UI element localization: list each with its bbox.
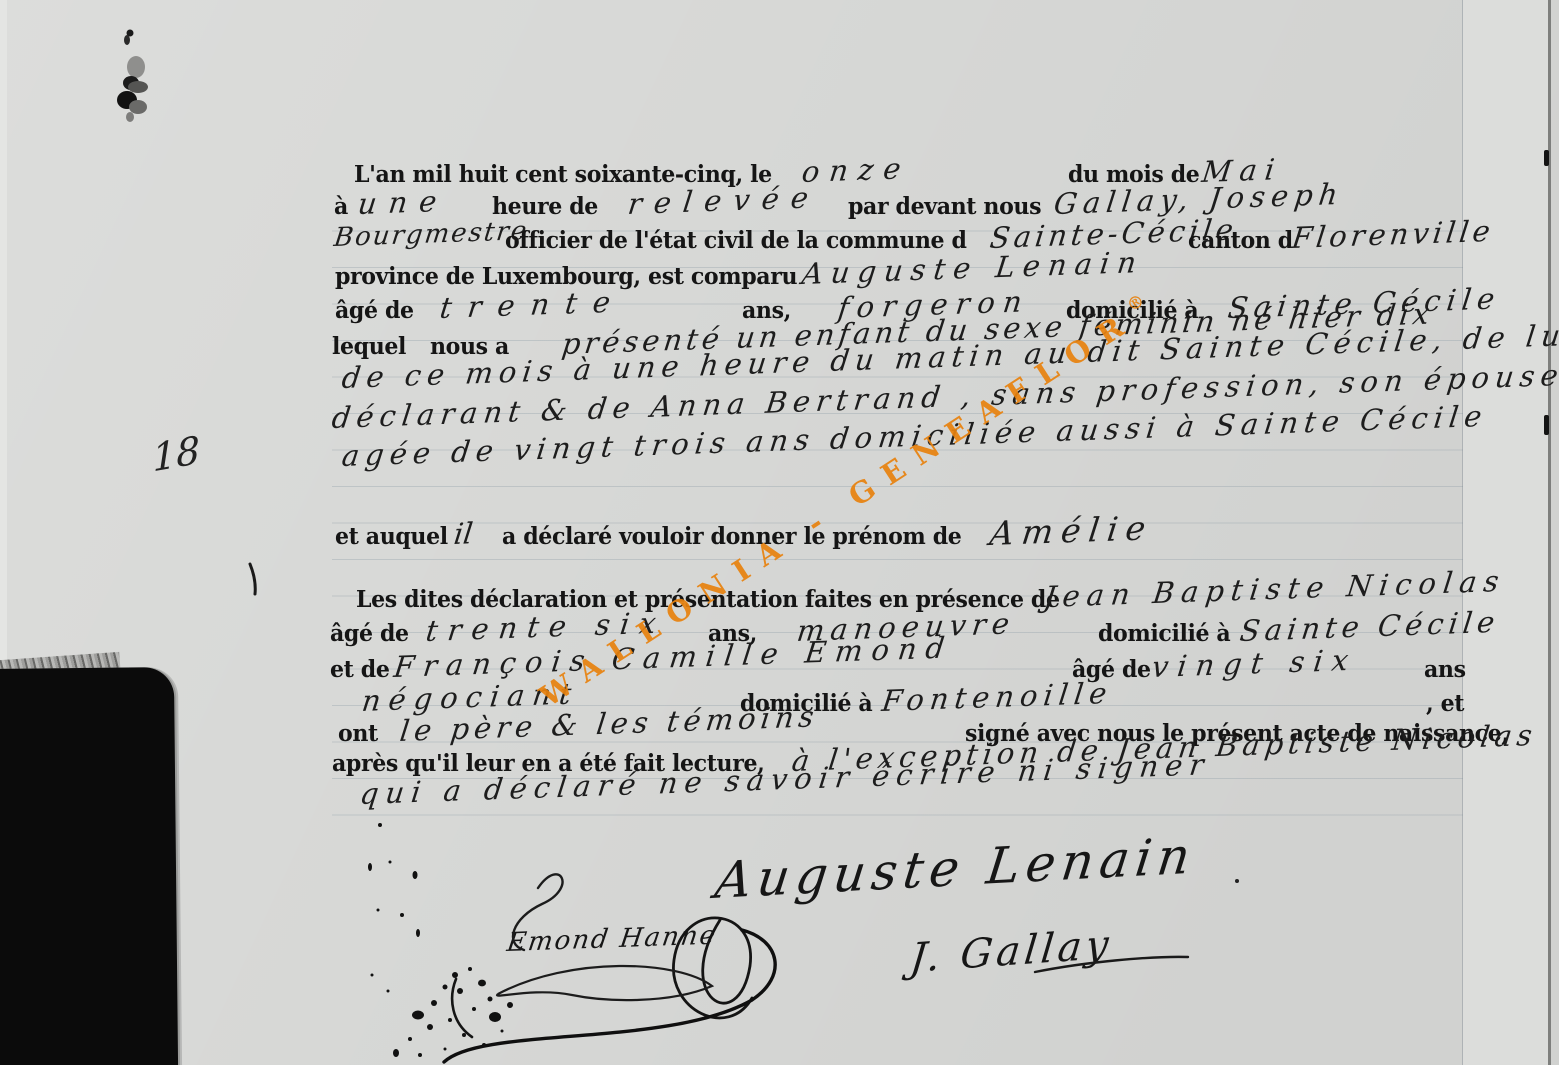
handwritten-text: vingt six	[1150, 643, 1359, 684]
handwritten-text: Fontenoille	[880, 676, 1115, 718]
printed-text: à	[334, 190, 348, 224]
printed-text: par devant nous	[848, 190, 1041, 224]
printed-text: , et	[1426, 687, 1464, 721]
printed-text: canton d	[1188, 224, 1293, 258]
document-line: qui a déclaré ne savoir écrire ni signer	[0, 780, 1559, 816]
document-line: et auquelila déclaré vouloir donner le p…	[0, 520, 1559, 556]
handwritten-text: Florenville	[1290, 214, 1496, 255]
document-line: et deFrançois Camille Emondâgé devingt s…	[0, 653, 1559, 689]
printed-text: ont	[338, 717, 378, 751]
document-scan: 18 L'an mil huit cent soixante-cinq, leo…	[0, 0, 1559, 1065]
handwritten-text: une	[356, 184, 451, 221]
printed-text: domicilié à	[1098, 617, 1230, 651]
printed-text: ans	[1424, 653, 1466, 687]
printed-text: et de	[330, 653, 390, 687]
printed-text: et auquel	[335, 520, 448, 554]
document-line: Bourgmestreofficier de l'état civil de l…	[0, 224, 1559, 260]
handwritten-text: il	[452, 516, 475, 551]
document-line: agée de vingt trois ans domiciliée aussi…	[0, 442, 1559, 478]
handwritten-text: relevée	[626, 180, 822, 221]
handwritten-text: Amélie	[988, 511, 1155, 551]
handwritten-text: trente	[438, 284, 628, 325]
printed-text: a déclaré vouloir donner le prénom de	[502, 520, 961, 554]
handwritten-text: Bourgmestre	[332, 214, 530, 255]
printed-text: âgé de	[330, 617, 409, 651]
printed-text: âgé de	[335, 294, 414, 328]
